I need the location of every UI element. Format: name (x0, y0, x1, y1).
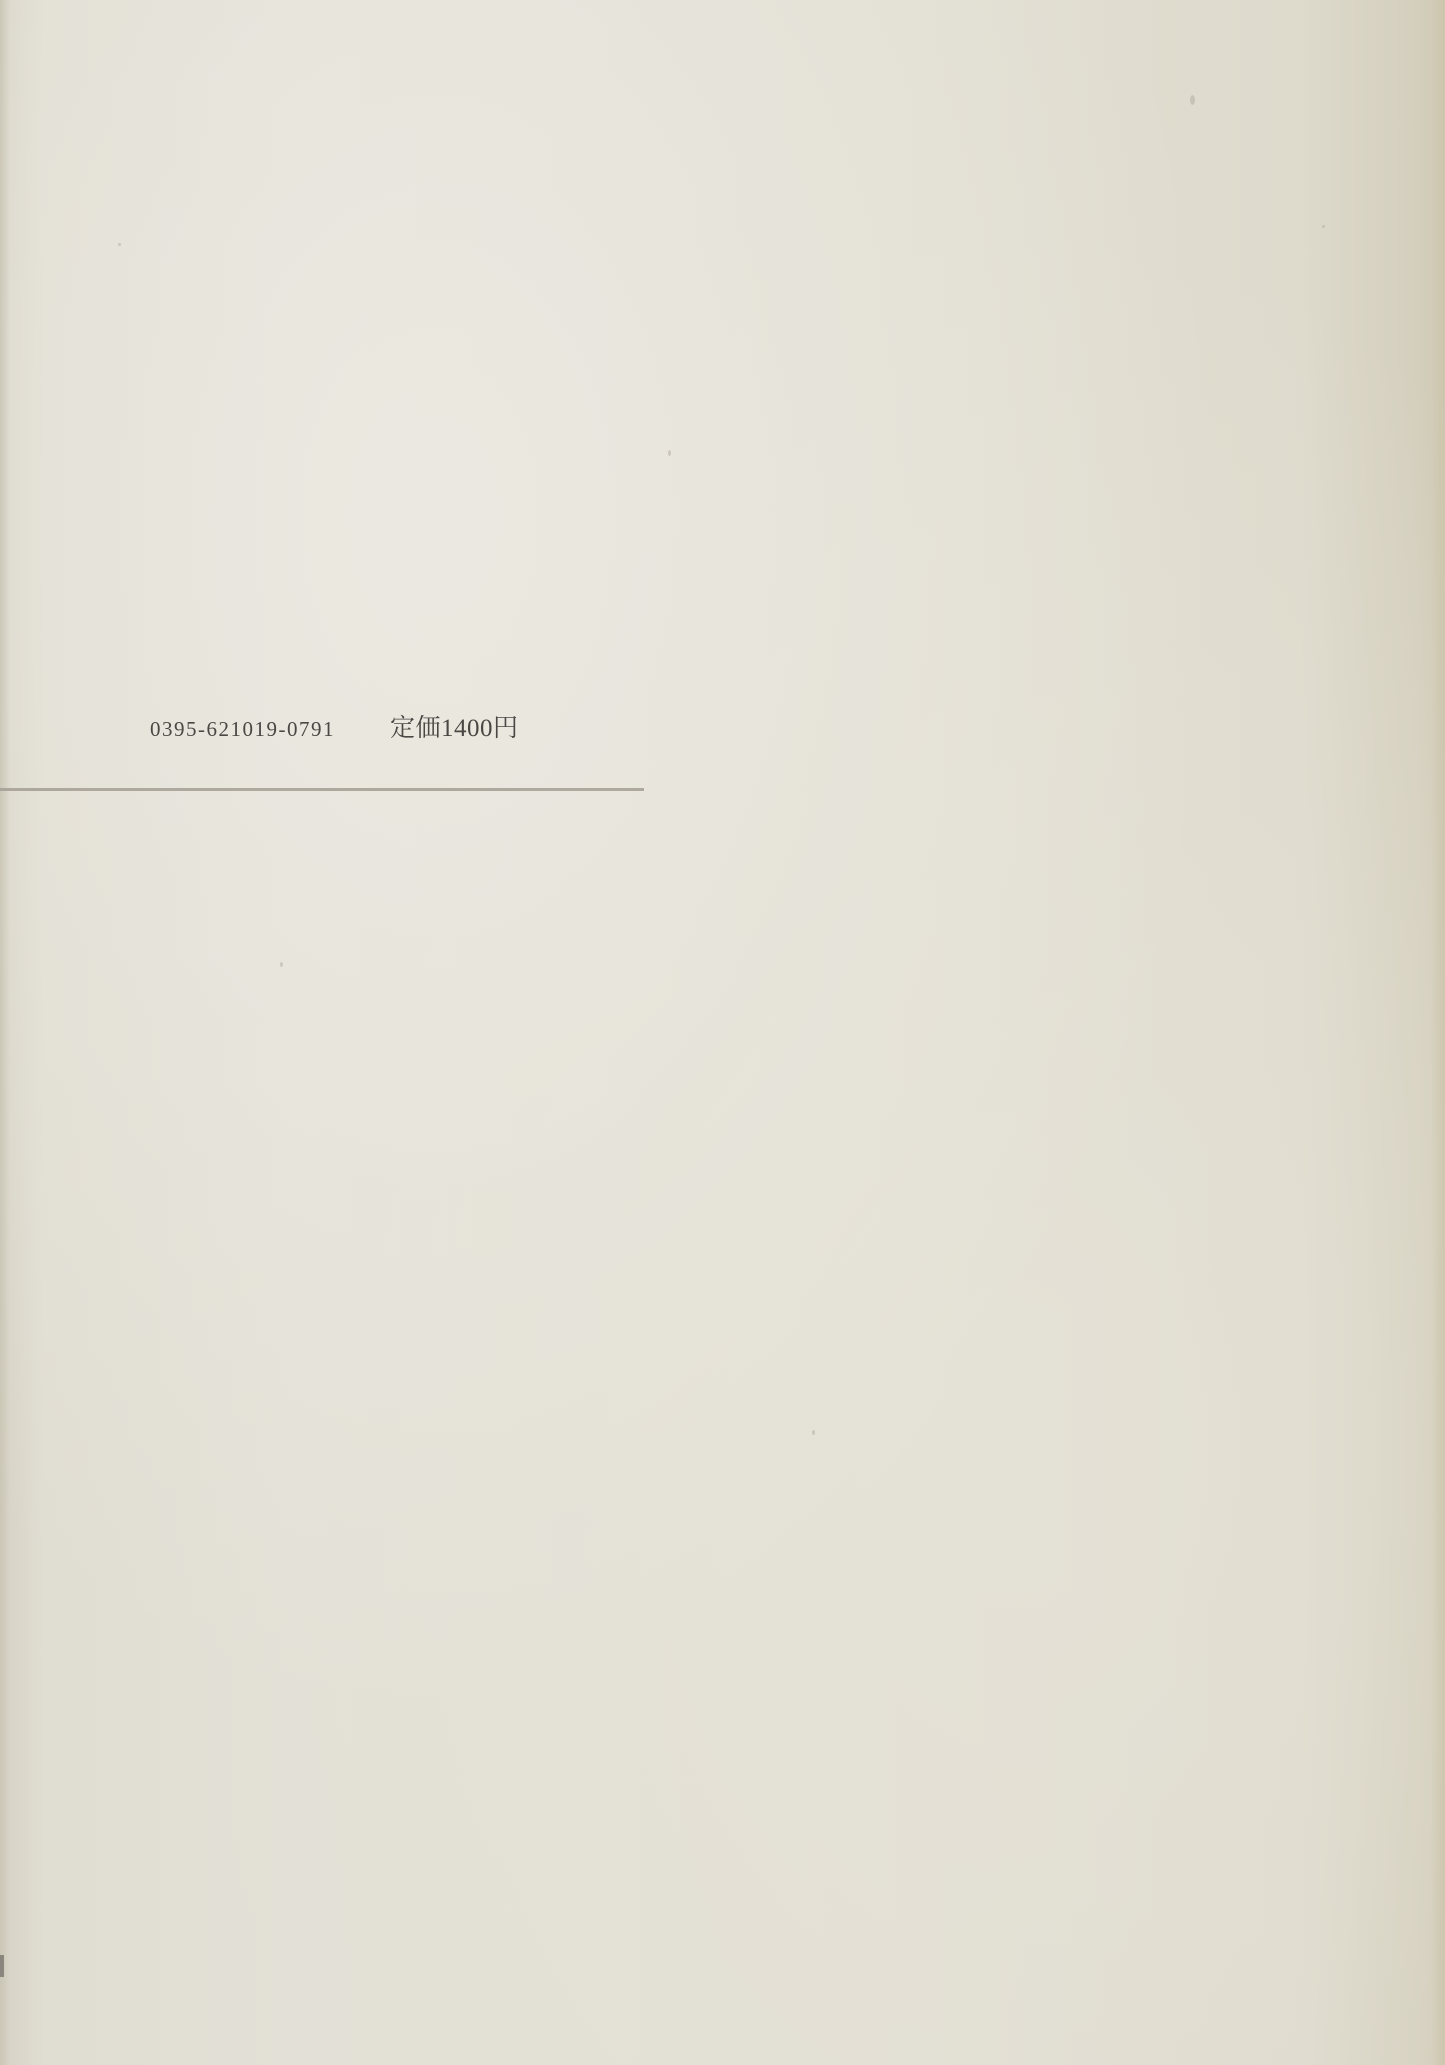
left-edge-shadow (0, 0, 10, 2065)
price-row: 0395-621019-0791 定価1400円 (150, 708, 519, 748)
paper-speck (1322, 225, 1325, 228)
right-edge-shadow (1431, 0, 1445, 2065)
paper-speck (668, 450, 671, 456)
paper-speck (280, 962, 283, 967)
price-label: 定価1400円 (390, 708, 519, 744)
spine-text-fragment (0, 1955, 4, 1977)
book-back-cover: 0395-621019-0791 定価1400円 (0, 0, 1445, 2065)
paper-speck (118, 243, 121, 246)
paper-speck (812, 1430, 815, 1435)
paper-speck (1190, 95, 1195, 105)
book-code: 0395-621019-0791 (150, 717, 335, 742)
horizontal-rule (0, 788, 644, 791)
